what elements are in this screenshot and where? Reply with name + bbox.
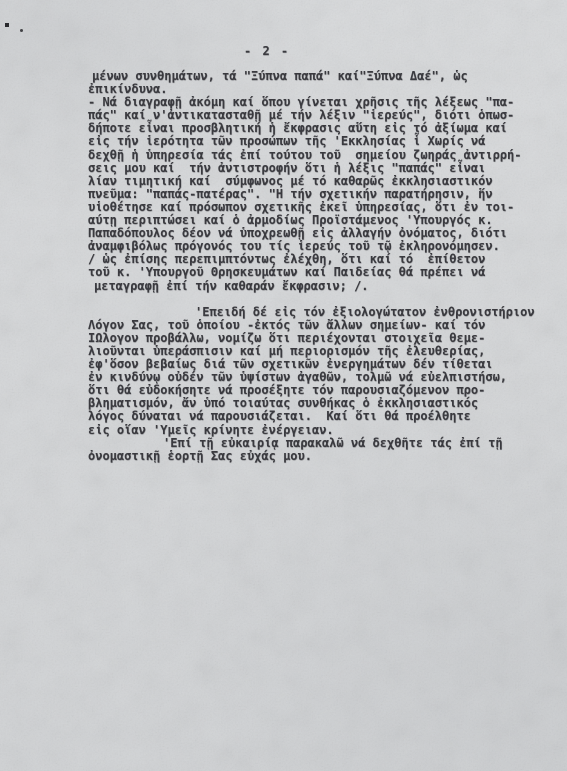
page-number: - 2 - <box>244 44 290 58</box>
text-line: ὀνομαστικῇ ἑορτῇ Σας εὐχάς μου. <box>88 450 538 463</box>
text-line: λίαν τιμητική καί σύμφωνος μέ τό καθαρῶς… <box>88 175 538 188</box>
text-line: δεχθῇ ἡ ὑπηρεσία τάς ἐπί τούτου τοῦ σημε… <box>88 149 538 162</box>
document-body: μένων συνθημάτων, τά "Ξύπνα παπά" καί"Ξύ… <box>88 70 538 463</box>
scanned-document-page: - 2 - μένων συνθημάτων, τά "Ξύπνα παπά" … <box>0 0 567 771</box>
text-line: μεταγραφῇ ἐπί τήν καθαράν ἔκφρασιν; /. <box>88 280 538 293</box>
ink-speck <box>20 29 23 32</box>
text-line: λόγος δύναται νά παρουσιάζεται. Καί ὅτι … <box>88 410 538 423</box>
text-line: 'Επί τῇ εὐκαιρίᾳ παρακαλῶ νά δεχθῆτε τάς… <box>88 437 538 450</box>
ink-speck <box>5 23 9 27</box>
text-line: ΙΩλογον προβάλλω, νομίζω ὅτι περιέχονται… <box>88 332 538 345</box>
blank-line <box>88 293 538 306</box>
text-line: σεις μου καί τήν ἀντιστροφήν ὅτι ἡ λέξις… <box>88 162 538 175</box>
text-line: εἰς τήν ἱερότητα τῶν προσώπων τῆς 'Εκκλη… <box>88 135 538 148</box>
text-line: Λόγον Σας, τοῦ ὁποίου -ἐκτός τῶν ἄλλων σ… <box>88 319 538 332</box>
text-line: εἰς οἵαν 'Υμεῖς κρίνητε ἐνέργειαν. <box>88 424 538 437</box>
text-line: 'Επειδή δέ εἰς τόν ἐξιολογώτατον ἐνθρονι… <box>88 306 538 319</box>
text-line: πνεῦμα: "παπάς-πατέρας". "Η τήν σχετικήν… <box>88 188 538 201</box>
text-line: τοῦ κ. 'Υπουργοῦ Θρησκευμάτων καί Παιδεί… <box>88 266 538 279</box>
